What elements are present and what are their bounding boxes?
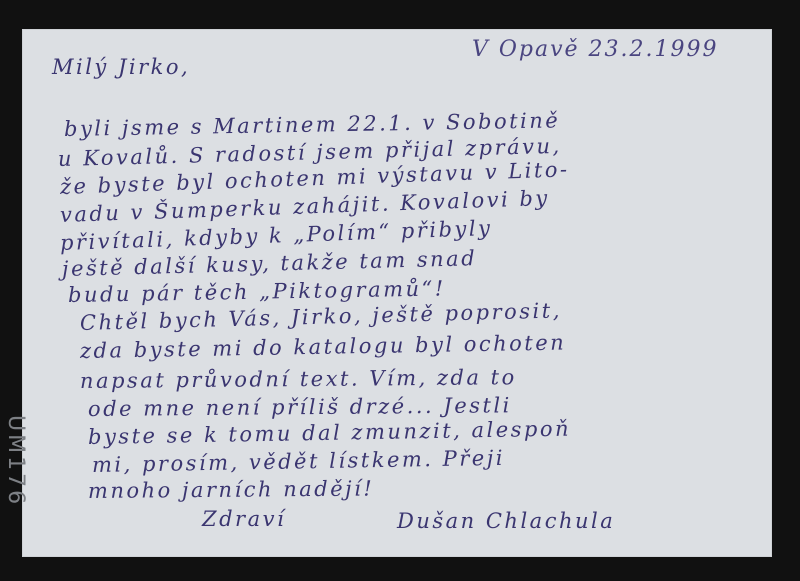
place-date: V Opavě 23.2.1999: [472, 37, 719, 62]
letter-line-14: mnoho jarních nadějí!: [88, 477, 374, 503]
signature: Dušan Chlachula: [397, 509, 615, 533]
closing: Zdraví: [202, 507, 286, 531]
letter-line-12: byste se k tomu dal zmunzit, alespoň: [88, 417, 571, 449]
letter-line-9: zda byste mi do katalogu byl ochoten: [80, 331, 567, 363]
salutation: Milý Jirko,: [52, 55, 190, 79]
letter-line-11: ode mne není příliš drzé... Jestli: [88, 393, 512, 421]
archive-number: UM176: [3, 415, 28, 507]
letter-line-10: napsat průvodní text. Vím, zda to: [80, 365, 517, 393]
postcard: V Opavě 23.2.1999 Milý Jirko, byli jsme …: [22, 29, 772, 557]
letter-line-13: mi, prosím, vědět lístkem. Přeji: [92, 446, 505, 477]
